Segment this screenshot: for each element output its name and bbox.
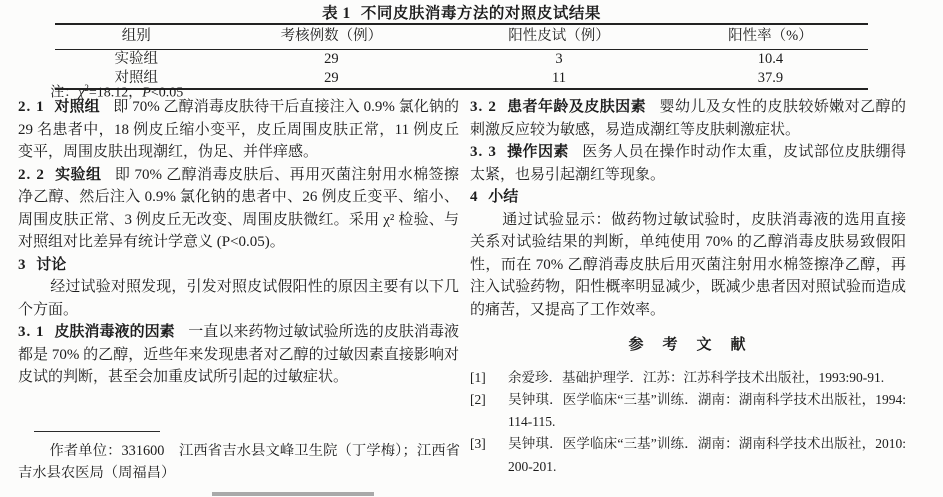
- section-number: 3. 1: [18, 324, 45, 340]
- summary-paragraph: 通过试验显示：做药物过敏试验时，皮肤消毒液的选用直接关系对试验结果的判断，单纯使…: [470, 209, 906, 322]
- section-3-heading: 3讨论: [18, 254, 459, 277]
- section-heading: 实验组: [55, 167, 102, 183]
- table-caption-label: 表 1: [322, 5, 351, 22]
- references-list: [1]余爱珍．基础护理学．江苏：江苏科学技术出版社，1993:90-91. [2…: [470, 367, 906, 478]
- table-header-cell: 阳性率（%）: [673, 28, 868, 45]
- author-affiliation: 作者单位：331600 江西省吉水县文峰卫生院（丁学梅）；江西省吉水县农医局（周…: [18, 440, 460, 485]
- footnote-divider: [34, 431, 160, 432]
- paragraph-text: 经过试验对照发现，引发对照皮试假阳性的原因主要有以下几个方面。: [18, 279, 459, 318]
- section-3-3: 3. 3操作因素医务人员在操作时动作太重，皮试部位皮肤绷得太紧，也易引起潮红等现…: [470, 141, 906, 186]
- scan-artifact-bar: [212, 492, 374, 496]
- table-caption: 表 1不同皮肤消毒方法的对照皮试结果: [55, 1, 868, 23]
- table-header-cell: 考核例数（例）: [218, 28, 446, 45]
- section-heading: 患者年龄及皮肤因素: [507, 99, 646, 115]
- left-column: 2. 1对照组即 70% 乙醇消毒皮肤待干后直接注入 0.9% 氯化钠的 29 …: [18, 96, 459, 389]
- references-heading: 参 考 文 献: [470, 334, 906, 357]
- table-header-cell: 组别: [55, 28, 218, 45]
- table-header-row: 组别 考核例数（例） 阳性皮试（例） 阳性率（%）: [55, 25, 868, 50]
- section-heading: 小结: [488, 189, 518, 205]
- paragraph-text: 通过试验显示：做药物过敏试验时，皮肤消毒液的选用直接关系对试验结果的判断，单纯使…: [470, 212, 906, 318]
- table-cell: 10.4: [673, 51, 868, 68]
- table-cell: 实验组: [55, 51, 218, 68]
- section-heading: 讨论: [36, 257, 66, 273]
- reference-item: [2]吴钟琪．医学临床“三基”训练．湖南：湖南科学技术出版社，1994: 114…: [470, 389, 906, 434]
- table-header-cell: 阳性皮试（例）: [445, 28, 673, 45]
- table-row: 实验组 29 3 10.4: [55, 50, 868, 69]
- reference-text: 吴钟琪．医学临床“三基”训练．湖南：湖南科学技术出版社，1994: 114-11…: [508, 392, 906, 429]
- section-heading: 操作因素: [507, 144, 569, 160]
- section-3-2: 3. 2患者年龄及皮肤因素婴幼儿及女性的皮肤较娇嫩对乙醇的刺激反应较为敏感，易造…: [470, 96, 906, 141]
- reference-item: [1]余爱珍．基础护理学．江苏：江苏科学技术出版社，1993:90-91.: [470, 367, 906, 389]
- reference-item: [3]吴钟琪．医学临床“三基”训练．湖南：湖南科学技术出版社，2010: 200…: [470, 433, 906, 478]
- author-footnote: 作者单位：331600 江西省吉水县文峰卫生院（丁学梅）；江西省吉水县农医局（周…: [18, 431, 460, 485]
- table-caption-title: 不同皮肤消毒方法的对照皮试结果: [361, 5, 601, 22]
- section-number: 3. 2: [470, 99, 497, 115]
- section-heading: 皮肤消毒液的因素: [54, 324, 174, 340]
- scanned-article-page: 表 1不同皮肤消毒方法的对照皮试结果 组别 考核例数（例） 阳性皮试（例） 阳性…: [0, 0, 943, 497]
- discussion-paragraph: 经过试验对照发现，引发对照皮试假阳性的原因主要有以下几个方面。: [18, 276, 459, 321]
- reference-text: 余爱珍．基础护理学．江苏：江苏科学技术出版社，1993:90-91.: [508, 370, 884, 385]
- table-cell: 11: [445, 70, 673, 87]
- section-2-1: 2. 1对照组即 70% 乙醇消毒皮肤待干后直接注入 0.9% 氯化钠的 29 …: [18, 96, 459, 164]
- section-number: 2. 1: [18, 99, 45, 115]
- table-cell: 3: [445, 51, 673, 68]
- reference-text: 吴钟琪．医学临床“三基”训练．湖南：湖南科学技术出版社，2010: 200-20…: [508, 436, 906, 473]
- reference-label: [2]: [470, 389, 508, 411]
- section-number: 2. 2: [18, 167, 45, 183]
- section-number: 3: [18, 257, 27, 273]
- reference-label: [1]: [470, 367, 508, 389]
- table-cell: 37.9: [673, 70, 868, 87]
- section-2-2: 2. 2实验组即 70% 乙醇消毒皮肤后、再用灭菌注射用水棉签擦净乙醇、然后注入…: [18, 164, 459, 254]
- section-number: 3. 3: [470, 144, 497, 160]
- table-cell: 29: [218, 51, 446, 68]
- right-column: 3. 2患者年龄及皮肤因素婴幼儿及女性的皮肤较娇嫩对乙醇的刺激反应较为敏感，易造…: [470, 96, 906, 478]
- reference-label: [3]: [470, 433, 508, 455]
- section-4-heading: 4小结: [470, 186, 906, 209]
- section-number: 4: [470, 189, 479, 205]
- section-heading: 对照组: [54, 99, 99, 115]
- section-3-1: 3. 1皮肤消毒液的因素一直以来药物过敏试验所选的皮肤消毒液都是 70% 的乙醇…: [18, 321, 459, 389]
